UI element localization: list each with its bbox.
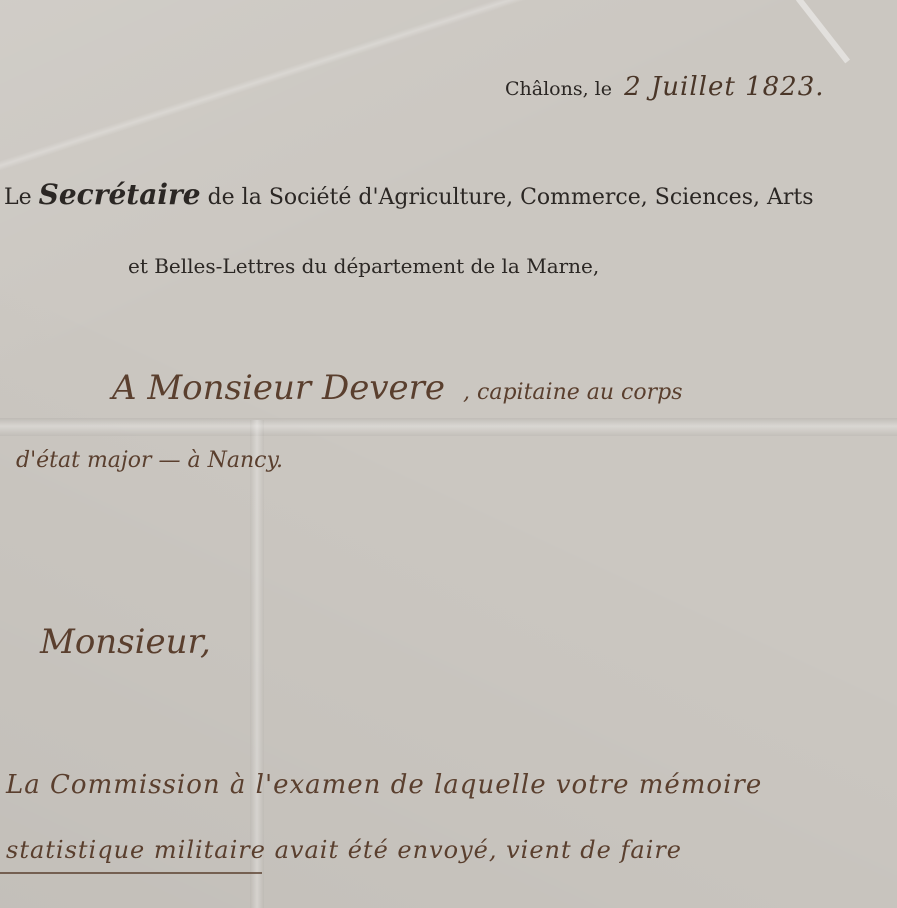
addressee-line-1: A Monsieur Devere, capitaine au corps	[112, 368, 682, 408]
body-line-1: La Commission à l'examen de laquelle vot…	[6, 770, 762, 800]
salutation: Monsieur,	[40, 622, 211, 662]
dateline-date: 2 Juillet 1823.	[624, 72, 824, 102]
letterhead-society: de la Société d'Agriculture, Commerce, S…	[208, 185, 814, 210]
dateline-place: Châlons, le	[505, 78, 612, 100]
letterhead-prefix: Le	[4, 185, 32, 210]
addressee-name: A Monsieur Devere	[112, 368, 445, 408]
letterhead-line-1: Le Secrétaire de la Société d'Agricultur…	[4, 178, 814, 211]
dateline: Châlons, le 2 Juillet 1823.	[505, 72, 825, 102]
body-line-2: statistique militaire avait été envoyé, …	[6, 836, 682, 864]
horizontal-fold	[0, 418, 897, 436]
letterhead-line-2: et Belles-Lettres du département de la M…	[128, 254, 599, 278]
vertical-fold	[250, 420, 264, 908]
underline-rule	[0, 872, 262, 874]
letter-page: Châlons, le 2 Juillet 1823. Le Secrétair…	[0, 0, 897, 908]
letterhead-title: Secrétaire	[39, 178, 201, 211]
addressee-rank: , capitaine au corps	[463, 380, 682, 405]
addressee-line-2: d'état major — à Nancy.	[16, 448, 283, 473]
corner-crease	[796, 0, 850, 63]
